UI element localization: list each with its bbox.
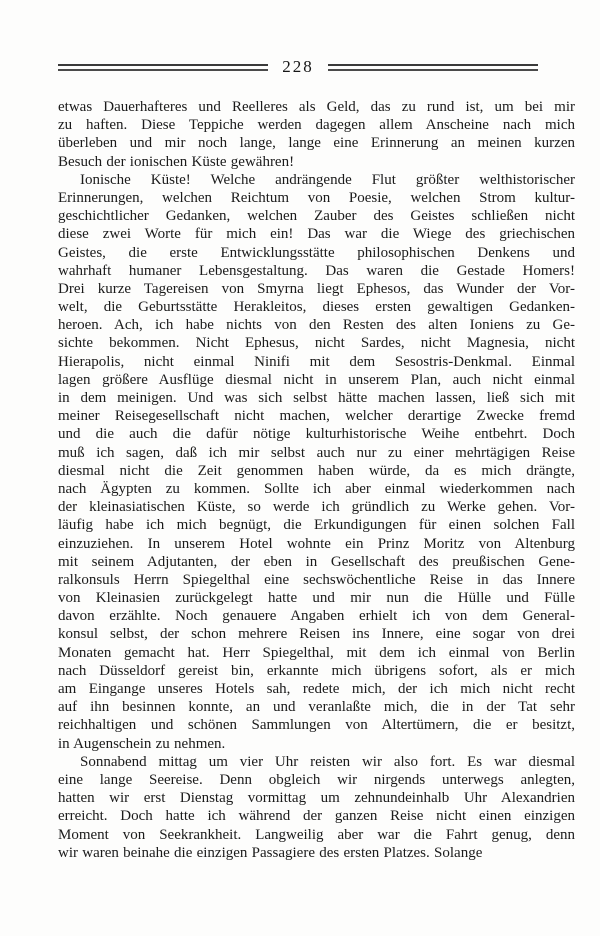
text-line: wir waren beinahe die einzigen Passagier… (58, 844, 575, 862)
text-line: diesmal nicht die Zeit genommen haben wü… (58, 462, 575, 480)
text-line: nach Ägypten zu kommen. Sollte ich aber … (58, 480, 575, 498)
text-line: geschichtlicher Gedanken, welchen Zauber… (58, 207, 575, 225)
text-line: muß ich sagen, daß ich mir selbst auch n… (58, 444, 575, 462)
text-line: der kleinasiatischen Küste, so werde ich… (58, 498, 575, 516)
text-line: eine lange Seereise. Denn obgleich wir n… (58, 771, 575, 789)
text-line: in Augenschein zu nehmen. (58, 735, 575, 753)
paragraph: Sonnabend mittag um vier Uhr reisten wir… (58, 753, 575, 862)
text-line: am Eingange unseres Hotels sah, redete m… (58, 680, 575, 698)
body-text: etwas Dauerhafteres und Reelleres als Ge… (58, 98, 575, 862)
text-line: Moment von Seekrankheit. Langweilig aber… (58, 826, 575, 844)
header-rule-left (58, 64, 268, 71)
text-line: läufig habe ich mich begnügt, die Erkund… (58, 516, 575, 534)
text-line: Erinnerungen, welchen Reichtum von Poesi… (58, 189, 575, 207)
text-line: ralkonsuls Herrn Spiegelthal eine sechsw… (58, 571, 575, 589)
text-line: etwas Dauerhafteres und Reelleres als Ge… (58, 98, 575, 116)
text-line: sichte bekommen. Nicht Ephesus, nicht Sa… (58, 334, 575, 352)
text-line: welt, die Geburtsstätte Herakleitos, die… (58, 298, 575, 316)
text-line: auf ihn besinnen konnte, an und veranlaß… (58, 698, 575, 716)
text-line: Besuch der ionischen Küste gewähren! (58, 153, 575, 171)
running-header: 228 (58, 57, 538, 77)
page-number: 228 (282, 57, 314, 77)
text-line: Ionische Küste! Welche andrängende Flut … (58, 171, 575, 189)
text-line: einzuziehen. In unserem Hotel wohnte ein… (58, 535, 575, 553)
text-line: Sonnabend mittag um vier Uhr reisten wir… (58, 753, 575, 771)
book-page: 228 etwas Dauerhafteres und Reelleres al… (0, 0, 600, 936)
paragraph: etwas Dauerhafteres und Reelleres als Ge… (58, 98, 575, 171)
paragraph: Ionische Küste! Welche andrängende Flut … (58, 171, 575, 753)
text-line: lagen größere Ausflüge diesmal nicht in … (58, 371, 575, 389)
text-line: Monaten gemacht hat. Herr Spiegelthal, m… (58, 644, 575, 662)
text-line: zu haften. Diese Teppiche werden dagegen… (58, 116, 575, 134)
text-line: nach Düsseldorf gereist bin, erkannte mi… (58, 662, 575, 680)
text-line: überleben und mir noch lange, lange eine… (58, 134, 575, 152)
text-line: und die auch die dafür nötige kulturhist… (58, 425, 575, 443)
text-line: erreicht. Doch hatte ich während der gan… (58, 807, 575, 825)
text-line: heroen. Ach, ich habe nichts von den Res… (58, 316, 575, 334)
text-line: hatten wir erst Dienstag vormittag um ze… (58, 789, 575, 807)
text-line: mit seinem Adjutanten, der eben in Gesel… (58, 553, 575, 571)
text-line: davon erzählte. Noch genauere Angaben er… (58, 607, 575, 625)
text-line: diese zwei Worte für mich ein! Das war d… (58, 225, 575, 243)
text-line: von Kleinasien zurückgelegt hatte und mi… (58, 589, 575, 607)
text-line: Drei kurze Tagereisen von Smyrna liegt E… (58, 280, 575, 298)
text-line: reichhaltigen und schönen Sammlungen von… (58, 716, 575, 734)
text-line: konsul selbst, der schon mehrere Reisen … (58, 625, 575, 643)
header-rule-right (328, 64, 538, 71)
text-line: Hierapolis, nicht einmal Ninifi mit dem … (58, 353, 575, 371)
text-line: in dem meinigen. Und was sich selbst hät… (58, 389, 575, 407)
text-line: meiner Reisegesellschaft nicht machen, w… (58, 407, 575, 425)
text-line: Geistes, die erste Entwicklungsstätte ph… (58, 244, 575, 262)
text-line: wahrhaft humaner Lebensgestaltung. Das w… (58, 262, 575, 280)
